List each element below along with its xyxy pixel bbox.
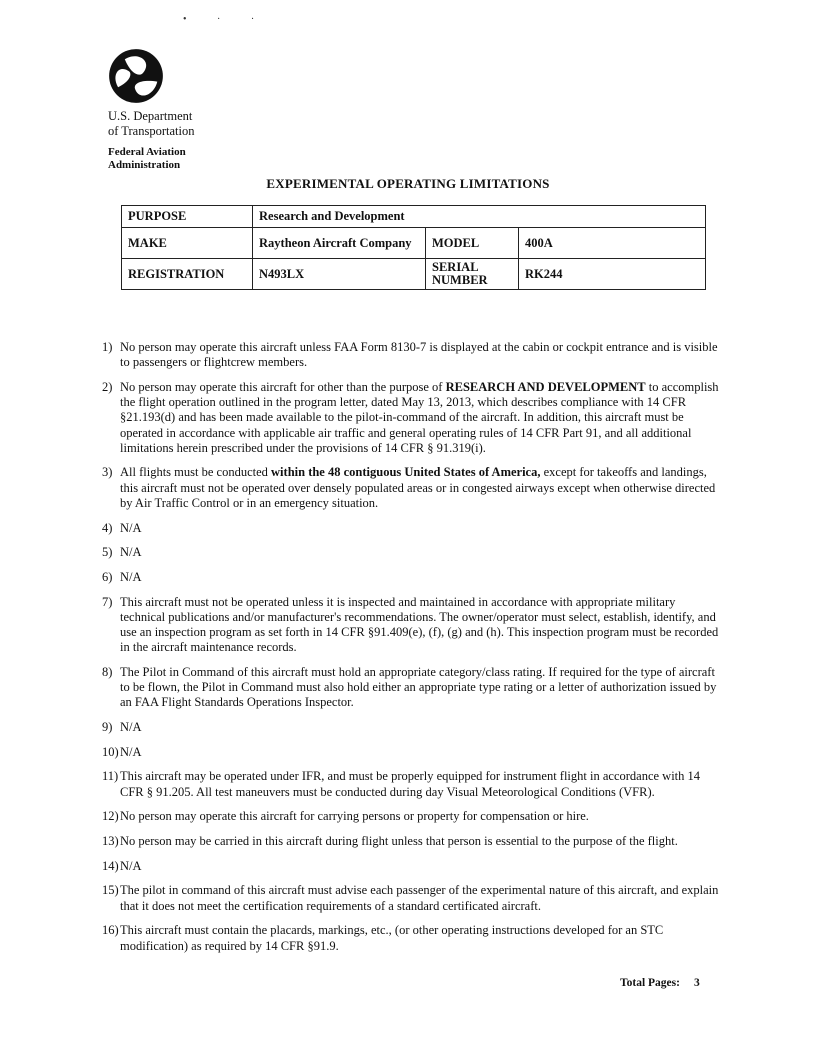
total-pages: Total Pages:3	[620, 977, 700, 989]
limitation-text-part: N/A	[120, 745, 142, 759]
limitation-item: 10)N/A	[102, 745, 722, 760]
limitation-number: 3)	[102, 465, 112, 480]
limitation-item: 12)No person may operate this aircraft f…	[102, 809, 722, 824]
limitation-number: 8)	[102, 665, 112, 680]
limitation-text: N/A	[120, 745, 142, 759]
total-pages-label: Total Pages:	[620, 977, 680, 989]
make-value: Raytheon Aircraft Company	[253, 228, 426, 259]
document-title: EXPERIMENTAL OPERATING LIMITATIONS	[0, 176, 816, 192]
make-label: MAKE	[122, 228, 253, 259]
limitation-item: 14)N/A	[102, 859, 722, 874]
table-row-purpose: PURPOSE Research and Development	[122, 206, 706, 228]
limitation-number: 4)	[102, 521, 112, 536]
limitation-number: 14)	[102, 859, 119, 874]
model-value: 400A	[519, 228, 706, 259]
limitation-text-part: No person may operate this aircraft for …	[120, 380, 446, 394]
limitation-item: 4)N/A	[102, 521, 722, 536]
registration-value: N493LX	[253, 259, 426, 290]
limitation-item: 1)No person may operate this aircraft un…	[102, 340, 722, 370]
limitation-item: 3)All flights must be conducted within t…	[102, 465, 722, 511]
limitation-text: No person may operate this aircraft for …	[120, 809, 589, 823]
model-label: MODEL	[426, 228, 519, 259]
limitation-text: This aircraft must not be operated unles…	[120, 595, 718, 655]
limitation-text-part: All flights must be conducted	[120, 465, 271, 479]
purpose-value: Research and Development	[253, 206, 706, 228]
limitation-text-part: This aircraft may be operated under IFR,…	[120, 769, 700, 798]
limitation-number: 10)	[102, 745, 119, 760]
agency-line-1: Federal Aviation	[108, 146, 194, 159]
document-title-text: EXPERIMENTAL OPERATING LIMITATIONS	[266, 176, 549, 192]
agency-name: Federal Aviation Administration	[108, 146, 194, 172]
limitation-text: N/A	[120, 570, 142, 584]
limitation-text-part: No person may operate this aircraft for …	[120, 809, 589, 823]
limitation-emphasis: within the 48 contiguous United States o…	[271, 465, 540, 479]
limitation-text: The Pilot in Command of this aircraft mu…	[120, 665, 716, 709]
limitation-text-part: The pilot in command of this aircraft mu…	[120, 883, 718, 912]
aircraft-info-table: PURPOSE Research and Development MAKE Ra…	[121, 205, 706, 290]
scan-artifact-dots: • · ·	[183, 14, 268, 25]
limitation-item: 13)No person may be carried in this airc…	[102, 834, 722, 849]
limitation-item: 2)No person may operate this aircraft fo…	[102, 380, 722, 456]
limitation-text: No person may operate this aircraft unle…	[120, 340, 718, 369]
limitation-text: N/A	[120, 859, 142, 873]
registration-label: REGISTRATION	[122, 259, 253, 290]
limitation-number: 6)	[102, 570, 112, 585]
dept-line-1: U.S. Department	[108, 109, 194, 124]
limitation-item: 16)This aircraft must contain the placar…	[102, 923, 722, 953]
limitation-item: 9)N/A	[102, 720, 722, 735]
limitation-text-part: N/A	[120, 720, 142, 734]
dept-line-2: of Transportation	[108, 124, 194, 139]
limitation-number: 11)	[102, 769, 118, 784]
purpose-label: PURPOSE	[122, 206, 253, 228]
limitation-number: 9)	[102, 720, 112, 735]
limitation-text: This aircraft may be operated under IFR,…	[120, 769, 700, 798]
table-row-registration: REGISTRATION N493LX SERIAL NUMBER RK244	[122, 259, 706, 290]
limitation-item: 8)The Pilot in Command of this aircraft …	[102, 665, 722, 711]
serial-label: SERIAL NUMBER	[426, 259, 519, 290]
limitation-item: 15)The pilot in command of this aircraft…	[102, 883, 722, 913]
limitation-text: N/A	[120, 521, 142, 535]
limitation-text-part: The Pilot in Command of this aircraft mu…	[120, 665, 716, 709]
limitation-text-part: N/A	[120, 859, 142, 873]
limitation-emphasis: RESEARCH AND DEVELOPMENT	[446, 380, 646, 394]
limitation-text-part: N/A	[120, 521, 142, 535]
limitation-item: 5)N/A	[102, 545, 722, 560]
limitation-number: 1)	[102, 340, 112, 355]
limitation-number: 15)	[102, 883, 119, 898]
limitation-item: 6)N/A	[102, 570, 722, 585]
limitations-list: 1)No person may operate this aircraft un…	[102, 340, 722, 963]
limitation-text-part: N/A	[120, 545, 142, 559]
limitation-number: 16)	[102, 923, 119, 938]
limitation-number: 7)	[102, 595, 112, 610]
limitation-text: All flights must be conducted within the…	[120, 465, 715, 509]
limitation-text-part: This aircraft must contain the placards,…	[120, 923, 663, 952]
limitation-text-part: N/A	[120, 570, 142, 584]
limitation-item: 11)This aircraft may be operated under I…	[102, 769, 722, 799]
total-pages-value: 3	[694, 977, 700, 989]
dot-triskelion-logo-icon	[108, 48, 164, 104]
limitation-number: 12)	[102, 809, 119, 824]
limitation-number: 5)	[102, 545, 112, 560]
limitation-text: N/A	[120, 545, 142, 559]
limitation-number: 2)	[102, 380, 112, 395]
limitation-text: The pilot in command of this aircraft mu…	[120, 883, 718, 912]
table-row-make: MAKE Raytheon Aircraft Company MODEL 400…	[122, 228, 706, 259]
limitation-number: 13)	[102, 834, 119, 849]
limitation-text-part: No person may operate this aircraft unle…	[120, 340, 718, 369]
limitation-text: This aircraft must contain the placards,…	[120, 923, 663, 952]
limitation-text: N/A	[120, 720, 142, 734]
limitation-text: No person may be carried in this aircraf…	[120, 834, 678, 848]
limitation-item: 7)This aircraft must not be operated unl…	[102, 595, 722, 656]
agency-block: U.S. Department of Transportation Federa…	[108, 109, 194, 172]
limitation-text-part: No person may be carried in this aircraf…	[120, 834, 678, 848]
limitation-text: No person may operate this aircraft for …	[120, 380, 719, 455]
serial-value: RK244	[519, 259, 706, 290]
limitation-text-part: This aircraft must not be operated unles…	[120, 595, 718, 655]
agency-line-2: Administration	[108, 159, 194, 172]
